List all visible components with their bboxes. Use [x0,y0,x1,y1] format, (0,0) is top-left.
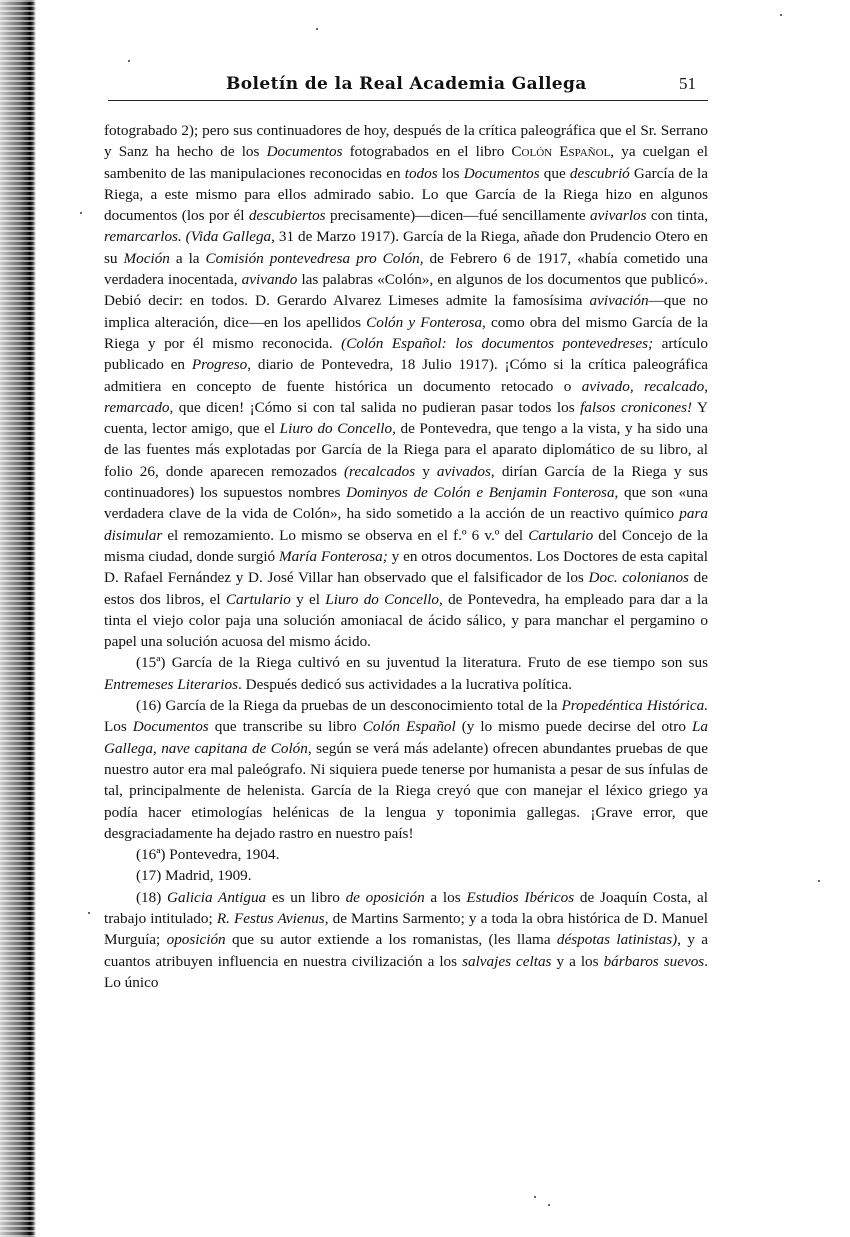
scan-speck [818,880,820,882]
paragraph-p-continuation: fotograbado 2); pero sus continuadores d… [104,120,708,652]
paragraph-note-16: (16) García de la Riega da pruebas de un… [104,695,708,844]
scan-speck [128,60,130,62]
scan-speck [780,14,782,16]
scan-speck [534,1196,536,1198]
paragraph-note-18: (18) Galicia Antigua es un libro de opos… [104,887,708,993]
paragraph-note-15a: (15ª) García de la Riega cultivó en su j… [104,652,708,695]
scan-speck [316,28,318,30]
scan-binding-shadow [0,0,36,1237]
page-number: 51 [679,74,696,94]
scan-speck [80,212,82,214]
header-rule [108,100,708,101]
paragraph-note-16a: (16ª) Pontevedra, 1904. [104,844,708,865]
page-header: Boletín de la Real Academia Gallega 51 [108,70,708,100]
scan-speck [88,912,90,914]
scan-speck [548,1204,550,1206]
paragraph-note-17: (17) Madrid, 1909. [104,865,708,886]
running-title: Boletín de la Real Academia Gallega [226,74,587,94]
body-text: fotograbado 2); pero sus continuadores d… [104,120,708,993]
